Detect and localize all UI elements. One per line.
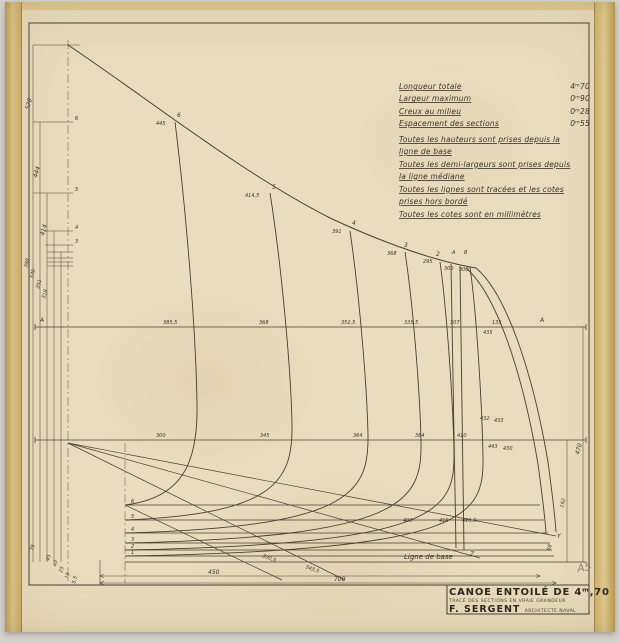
spec-note: Toutes les demi-largeurs sont prises dep…: [399, 159, 577, 183]
dimension-label: 445: [156, 121, 166, 127]
drawing-title: CANOE ENTOILÉ DE 4ᵐ,70: [449, 587, 588, 598]
dimension-label: A: [39, 317, 44, 324]
dimension-label: 430: [503, 446, 513, 452]
spec-row: Espacement des sections 0ᵐ55: [399, 119, 590, 129]
dimension-label: 300: [444, 266, 454, 272]
dimension-label: 5: [75, 187, 78, 193]
dimension-label: 352,5: [341, 320, 355, 326]
dimension-label: 370: [29, 269, 37, 280]
scanned-sheet: 57044441438837035131875454025155,5470192…: [0, 0, 620, 643]
dimension-label: 318: [41, 289, 49, 300]
dimension-label: A: [451, 250, 456, 256]
dimension-label: 1: [131, 550, 134, 556]
dimension-label: 410: [457, 433, 467, 439]
spec-label: Creux au milieu: [399, 107, 461, 117]
spec-note: Toutes les hauteurs sont prises depuis l…: [399, 134, 577, 158]
dimension-label: 25: [58, 566, 65, 574]
title-block: CANOE ENTOILÉ DE 4ᵐ,70 TRACÉ DES SECTION…: [449, 587, 588, 613]
dimension-label: 135: [492, 320, 502, 326]
dimension-label: 432: [480, 416, 490, 422]
bottom-dimensions: [100, 560, 556, 585]
dimension-label: 40: [52, 560, 59, 568]
spec-row: Largeur maximum 0ᵐ90: [399, 94, 590, 104]
dimension-label: 391: [332, 229, 342, 235]
dimension-label: 3: [131, 537, 134, 543]
dimension-label: 6: [177, 112, 181, 119]
spec-note: Toutes les cotes sont en millimètres: [399, 209, 577, 221]
dimension-label: 307: [450, 320, 460, 326]
dimension-label: 450: [208, 569, 220, 576]
spec-table: Longueur totale 4ᵐ70 Largeur maximum 0ᵐ9…: [399, 82, 590, 222]
dimension-label: 414: [39, 223, 49, 236]
dimension-label: 410,5: [462, 518, 476, 524]
section-curve-4: [125, 231, 368, 533]
spec-value: 0ᵐ90: [570, 94, 590, 104]
dimension-label: 6: [75, 116, 78, 122]
dimension-label: 5: [131, 514, 134, 520]
section-curve-6: [125, 122, 197, 505]
architect-name: F. SERGENT ARCHITECTE NAVAL: [449, 604, 588, 615]
dimension-label: 364: [353, 433, 363, 439]
dimension-label: 343,5: [304, 564, 320, 575]
spec-label: Espacement des sections: [399, 119, 499, 129]
spec-value: 4ᵐ70: [570, 82, 590, 92]
architect-role: ARCHITECTE NAVAL: [525, 609, 576, 614]
dimension-label: 444: [32, 165, 42, 178]
dimension-label: 414,5: [245, 193, 259, 199]
dimension-label: 345: [260, 433, 270, 439]
dimension-label: 6: [131, 499, 134, 505]
dimension-label: 700: [334, 576, 346, 583]
dimension-label: 4: [352, 220, 356, 227]
dimension-label: 45: [45, 554, 52, 562]
dimension-label: 470: [574, 442, 584, 455]
dimension-label: B: [464, 250, 468, 256]
dimension-label: Ligne de base: [404, 553, 453, 561]
sheet-mark: A5: [576, 560, 593, 575]
dimension-label: 3: [404, 242, 408, 249]
dimension-label: 368: [259, 320, 269, 326]
dimension-label: 335,5: [404, 320, 418, 326]
dimension-label: Z: [469, 551, 475, 558]
spec-note: Toutes les lignes sont tracées et les co…: [399, 184, 577, 208]
dimension-label: 4: [75, 225, 78, 231]
section-curve-5: [125, 193, 292, 520]
dimension-label: 300: [156, 433, 166, 439]
dimension-label: 351: [35, 279, 43, 290]
architect-name-text: F. SERGENT: [449, 604, 520, 615]
dimension-label: 295: [423, 259, 433, 265]
dimension-label: 400: [403, 518, 413, 524]
dimension-label: 15: [64, 572, 71, 580]
dimension-label: 75: [29, 544, 36, 552]
dimension-label: 58: [546, 544, 553, 552]
spec-row: Creux au milieu 0ᵐ28: [399, 107, 590, 117]
dimension-label: 385,5: [163, 320, 177, 326]
dimension-label: 3: [75, 239, 78, 245]
section-curve-3: [125, 252, 421, 543]
dimension-label: 4: [131, 527, 134, 533]
dimension-label: 410: [439, 518, 449, 524]
spec-value: 0ᵐ28: [570, 107, 590, 117]
section-curve-1: [125, 267, 483, 556]
dimension-label: Y: [557, 533, 562, 540]
dimension-label: 433: [494, 418, 504, 424]
dimension-label: 384: [415, 433, 425, 439]
dimension-label: A: [539, 317, 544, 324]
dimension-label: 300: [459, 267, 469, 273]
stem-profile: [451, 264, 556, 550]
spec-label: Longueur totale: [399, 82, 462, 92]
dimension-label: 192: [559, 498, 567, 509]
spec-notes: Toutes les hauteurs sont prises depuis l…: [399, 134, 577, 221]
dimension-label: 5,5: [71, 575, 79, 584]
dimension-label: 388: [23, 258, 31, 269]
dimension-label: 443: [488, 444, 498, 450]
section-curve-2: [125, 262, 454, 550]
spec-row: Longueur totale 4ᵐ70: [399, 82, 590, 92]
dimension-label: 570: [24, 97, 34, 110]
dimension-label: 5: [272, 184, 276, 191]
spec-value: 0ᵐ55: [570, 119, 590, 129]
dimension-label: 368: [387, 251, 397, 257]
dimension-label: 435: [483, 330, 493, 336]
spec-label: Largeur maximum: [399, 94, 471, 104]
dimension-label: 2: [436, 251, 440, 258]
left-dimension-chains: [33, 45, 80, 562]
